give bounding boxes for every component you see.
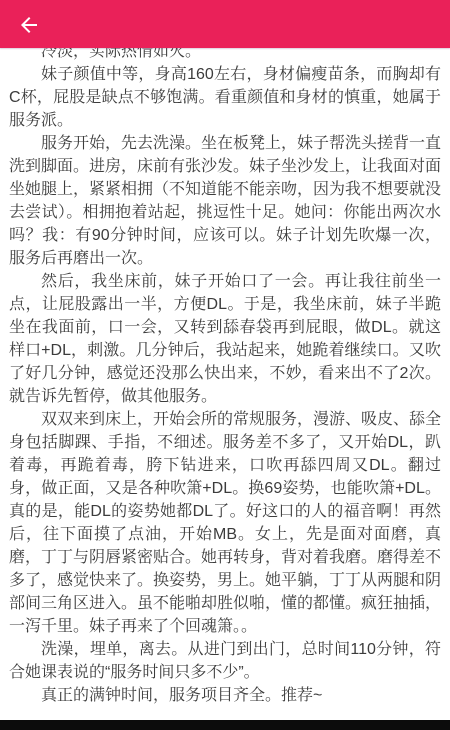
back-button[interactable] [12,8,46,42]
app-header [0,0,450,48]
paragraph: 洗澡，埋单，离去。从进门到出门，总时间110分钟，符合她课表说的“服务时间只多不… [9,638,441,684]
paragraph: 妹子颜值中等，身高160左右，身材偏瘦苗条，而胸却有C杯，屁股是缺点不够饱满。看… [9,63,441,132]
paragraph: 服务开始，先去洗澡。坐在板凳上，妹子帮洗头搓背一直洗到脚面。进房，床前有张沙发。… [9,132,441,270]
paragraph: 然后，我坐床前，妹子开始口了一会。再让我往前坐一点，让屁股露出一半，方便DL。于… [9,270,441,408]
paragraph: 真正的满钟时间，服务项目齐全。推荐~ [9,684,441,707]
app-screen: 冷淡，实际热情如火。 妹子颜值中等，身高160左右，身材偏瘦苗条，而胸却有C杯，… [0,0,450,730]
back-arrow-icon [17,13,41,37]
paragraph-list: 妹子颜值中等，身高160左右，身材偏瘦苗条，而胸却有C杯，屁股是缺点不够饱满。看… [9,63,441,707]
paragraph: 双双来到床上，开始会所的常规服务，漫游、吸皮、舔全身包括脚踝、手指，不细述。服务… [9,408,441,638]
bottom-black-bar [0,720,450,730]
review-article-scroll-area[interactable]: 冷淡，实际热情如火。 妹子颜值中等，身高160左右，身材偏瘦苗条，而胸却有C杯，… [0,48,450,720]
clipped-paragraph-line: 冷淡，实际热情如火。 [9,48,441,63]
